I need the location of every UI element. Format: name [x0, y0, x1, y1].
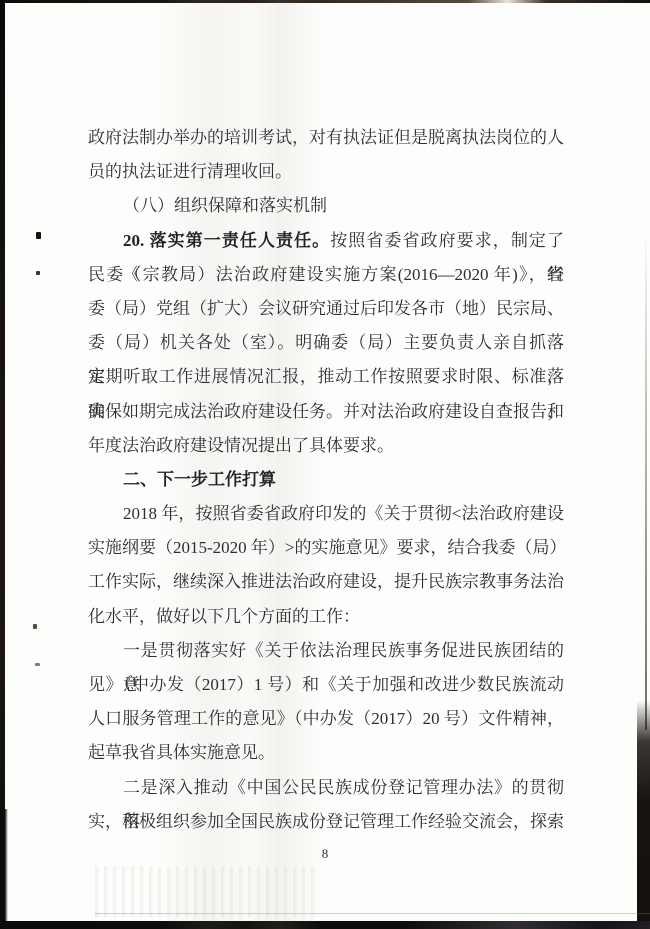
scan-fold-line — [95, 913, 650, 914]
text-segment: 人口服务管理工作的意见》（中办发（2017）20 号）文件精神， — [88, 709, 564, 728]
text-line: 20. 落实第一责任人责任。按照省委省政府要求，制定了《省 — [88, 224, 564, 258]
scan-edge-bottom — [0, 921, 650, 929]
text-body: 政府法制办举办的培训考试，对有执法证但是脱离执法岗位的人员的执法证进行清理收回。… — [88, 121, 564, 839]
text-segment: 2018 年，按照省委省政府印发的《关于贯彻<法治政府建设 — [123, 504, 564, 523]
text-segment: 委（局）党组（扩大）会议研究通过后印发各市（地）民宗局、 — [88, 299, 564, 318]
text-segment: 工作实际，继续深入推进法治政府建设，提升民族宗教事务法治 — [88, 572, 564, 591]
text-line: 二是深入推动《中国公民民族成份登记管理办法》的贯彻落 — [88, 771, 564, 805]
scan-edge-left — [0, 0, 5, 929]
ink-speck — [36, 271, 40, 275]
text-line: 民委（宗教局）法治政府建设实施方案(2016—2020 年)》，经 — [88, 258, 564, 292]
text-line: 委（局）机关各处（室）。明确委（局）主要负责人亲自抓落实， — [88, 326, 564, 360]
scanned-document-page: 政府法制办举办的培训考试，对有执法证但是脱离执法岗位的人员的执法证进行清理收回。… — [0, 0, 650, 929]
bold-text-segment: 二、下一步工作打算 — [123, 470, 276, 489]
text-line: 政府法制办举办的培训考试，对有执法证但是脱离执法岗位的人 — [88, 121, 564, 155]
scan-edge-right-corner — [637, 700, 650, 929]
text-line: 年度法治政府建设情况提出了具体要求。 — [88, 429, 564, 463]
bold-text-segment: 20. 落实第一责任人责任。 — [123, 231, 330, 250]
text-line: 一是贯彻落实好《关于依法治理民族事务促进民族团结的意 — [88, 634, 564, 668]
text-segment: 确保如期完成法治政府建设任务。并对法治政府建设自查报告和 — [88, 402, 564, 421]
ink-speck — [35, 663, 40, 666]
scan-edge-right — [645, 230, 647, 730]
text-line: 定期听取工作进展情况汇报，推动工作按照要求时限、标准落实， — [88, 360, 564, 394]
text-segment: 政府法制办举办的培训考试，对有执法证但是脱离执法岗位的人 — [88, 128, 564, 147]
text-segment: 见》（中办发（2017）1 号）和《关于加强和改进少数民族流动 — [88, 675, 564, 694]
text-line: 化水平，做好以下几个方面的工作： — [88, 600, 564, 634]
text-line: （八）组织保障和落实机制 — [88, 189, 564, 223]
text-segment: 化水平，做好以下几个方面的工作： — [88, 607, 360, 626]
text-line: 见》（中办发（2017）1 号）和《关于加强和改进少数民族流动 — [88, 668, 564, 702]
text-line: 起草我省具体实施意见。 — [88, 736, 564, 770]
text-segment: 实施纲要（2015-2020 年）>的实施意见》要求，结合我委（局） — [88, 538, 567, 557]
scan-edge-top — [0, 0, 650, 3]
photocopy-streak-bottom — [95, 866, 320, 918]
text-segment: 民委（宗教局）法治政府建设实施方案(2016—2020 年)》，经 — [88, 265, 564, 284]
text-line: 员的执法证进行清理收回。 — [88, 155, 564, 189]
text-line: 确保如期完成法治政府建设任务。并对法治政府建设自查报告和 — [88, 395, 564, 429]
text-segment: 实，积极组织参加全国民族成份登记管理工作经验交流会，探索 — [88, 812, 564, 831]
text-line: 实施纲要（2015-2020 年）>的实施意见》要求，结合我委（局） — [88, 531, 564, 565]
text-line: 工作实际，继续深入推进法治政府建设，提升民族宗教事务法治 — [88, 565, 564, 599]
text-line: 委（局）党组（扩大）会议研究通过后印发各市（地）民宗局、 — [88, 292, 564, 326]
text-line: 人口服务管理工作的意见》（中办发（2017）20 号）文件精神， — [88, 702, 564, 736]
text-line: 二、下一步工作打算 — [88, 463, 564, 497]
text-line: 2018 年，按照省委省政府印发的《关于贯彻<法治政府建设 — [88, 497, 564, 531]
ink-speck — [36, 232, 41, 239]
scan-edge-left-corner — [0, 809, 8, 929]
text-segment: 员的执法证进行清理收回。 — [88, 162, 292, 181]
ink-speck — [33, 624, 37, 629]
text-line: 实，积极组织参加全国民族成份登记管理工作经验交流会，探索 — [88, 805, 564, 839]
text-segment: 年度法治政府建设情况提出了具体要求。 — [88, 436, 394, 455]
text-segment: 起草我省具体实施意见。 — [88, 743, 275, 762]
text-segment: （八）组织保障和落实机制 — [123, 196, 327, 215]
page-number: 8 — [0, 846, 650, 862]
